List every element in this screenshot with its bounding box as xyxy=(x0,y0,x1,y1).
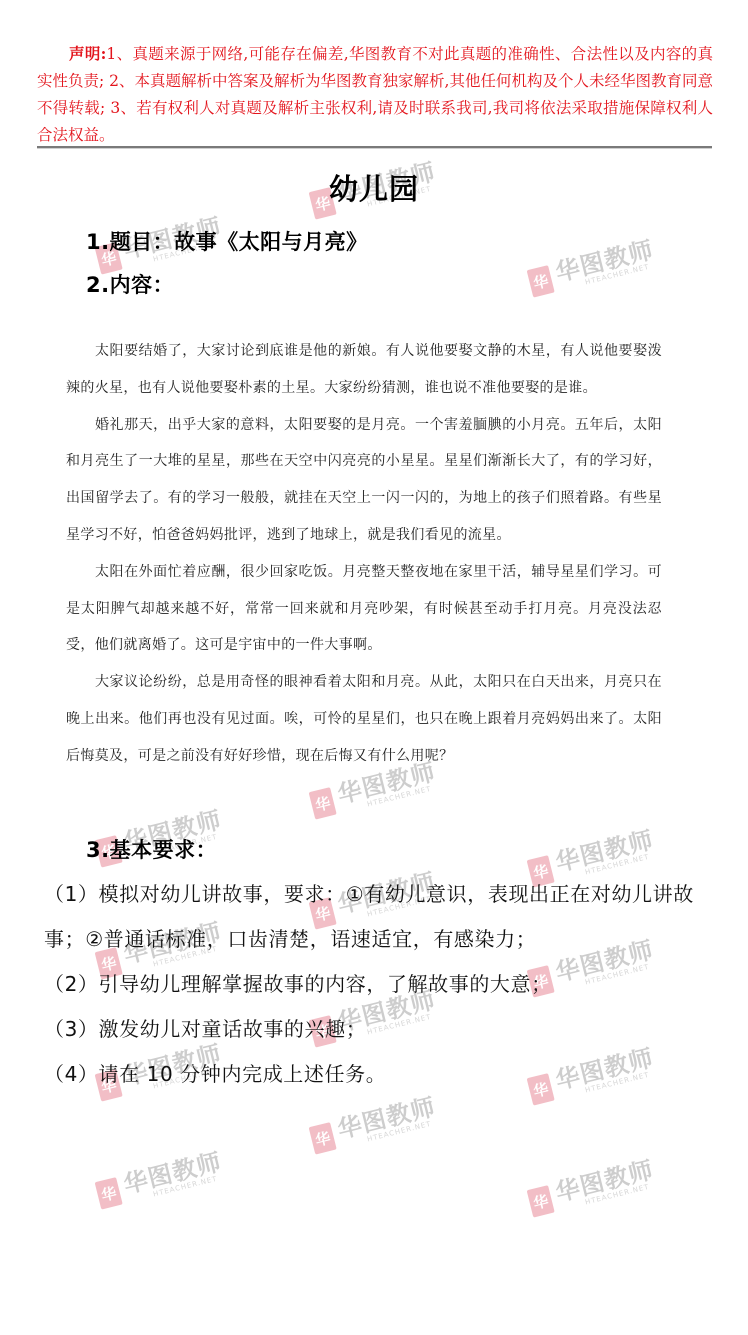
watermark: 华 华图教师HTEACHER.NET xyxy=(526,1158,658,1220)
section-topic-heading: 1.题目：故事《太阳与月亮》 xyxy=(86,226,368,256)
huatu-logo-icon: 华 xyxy=(309,1122,337,1154)
huatu-logo-icon: 华 xyxy=(309,787,337,819)
watermark: 华 华图教师HTEACHER.NET xyxy=(308,1095,440,1157)
story-paragraph: 大家议论纷纷，总是用奇怪的眼神看着太阳和月亮。从此，太阳只在白天出来，月亮只在晚… xyxy=(66,664,662,774)
requirement-item: （4）请在 10 分钟内完成上述任务。 xyxy=(44,1052,704,1097)
disclaimer-text: 1、真题来源于网络,可能存在偏差,华图教育不对此真题的准确性、合法性以及内容的真… xyxy=(37,45,713,144)
page-title: 幼儿园 xyxy=(0,167,748,208)
requirement-item: （2）引导幼儿理解掌握故事的内容，了解故事的大意； xyxy=(44,962,704,1007)
watermark: 华 华图教师HTEACHER.NET xyxy=(94,1150,226,1212)
requirement-item: （3）激发幼儿对童话故事的兴趣； xyxy=(44,1007,704,1052)
huatu-logo-icon: 华 xyxy=(95,1177,123,1209)
requirement-item: （1）模拟对幼儿讲故事，要求：①有幼儿意识，表现出正在对幼儿讲故事；②普通话标准… xyxy=(44,872,704,962)
huatu-logo-icon: 华 xyxy=(527,1185,555,1217)
story-paragraph: 太阳在外面忙着应酬，很少回家吃饭。月亮整天整夜地在家里干活，辅导星星们学习。可是… xyxy=(66,554,662,664)
requirements-list: （1）模拟对幼儿讲故事，要求：①有幼儿意识，表现出正在对幼儿讲故事；②普通话标准… xyxy=(44,872,704,1097)
disclaimer-lead: 声明: xyxy=(69,44,106,63)
watermark: 华 华图教师HTEACHER.NET xyxy=(526,238,658,300)
story-paragraph: 婚礼那天，出乎大家的意料，太阳要娶的是月亮。一个害羞腼腆的小月亮。五年后，太阳和… xyxy=(66,407,662,554)
story-text: 太阳要结婚了，大家讨论到底谁是他的新娘。有人说他要娶文静的木星，有人说他要娶泼辣… xyxy=(66,333,662,775)
huatu-logo-icon: 华 xyxy=(527,265,555,297)
section-requirements-heading: 3.基本要求： xyxy=(86,834,217,864)
story-paragraph: 太阳要结婚了，大家讨论到底谁是他的新娘。有人说他要娶文静的木星，有人说他要娶泼辣… xyxy=(66,333,662,407)
divider xyxy=(37,146,712,149)
disclaimer: 声明:1、真题来源于网络,可能存在偏差,华图教育不对此真题的准确性、合法性以及内… xyxy=(37,40,713,149)
section-content-heading: 2.内容： xyxy=(86,269,174,299)
